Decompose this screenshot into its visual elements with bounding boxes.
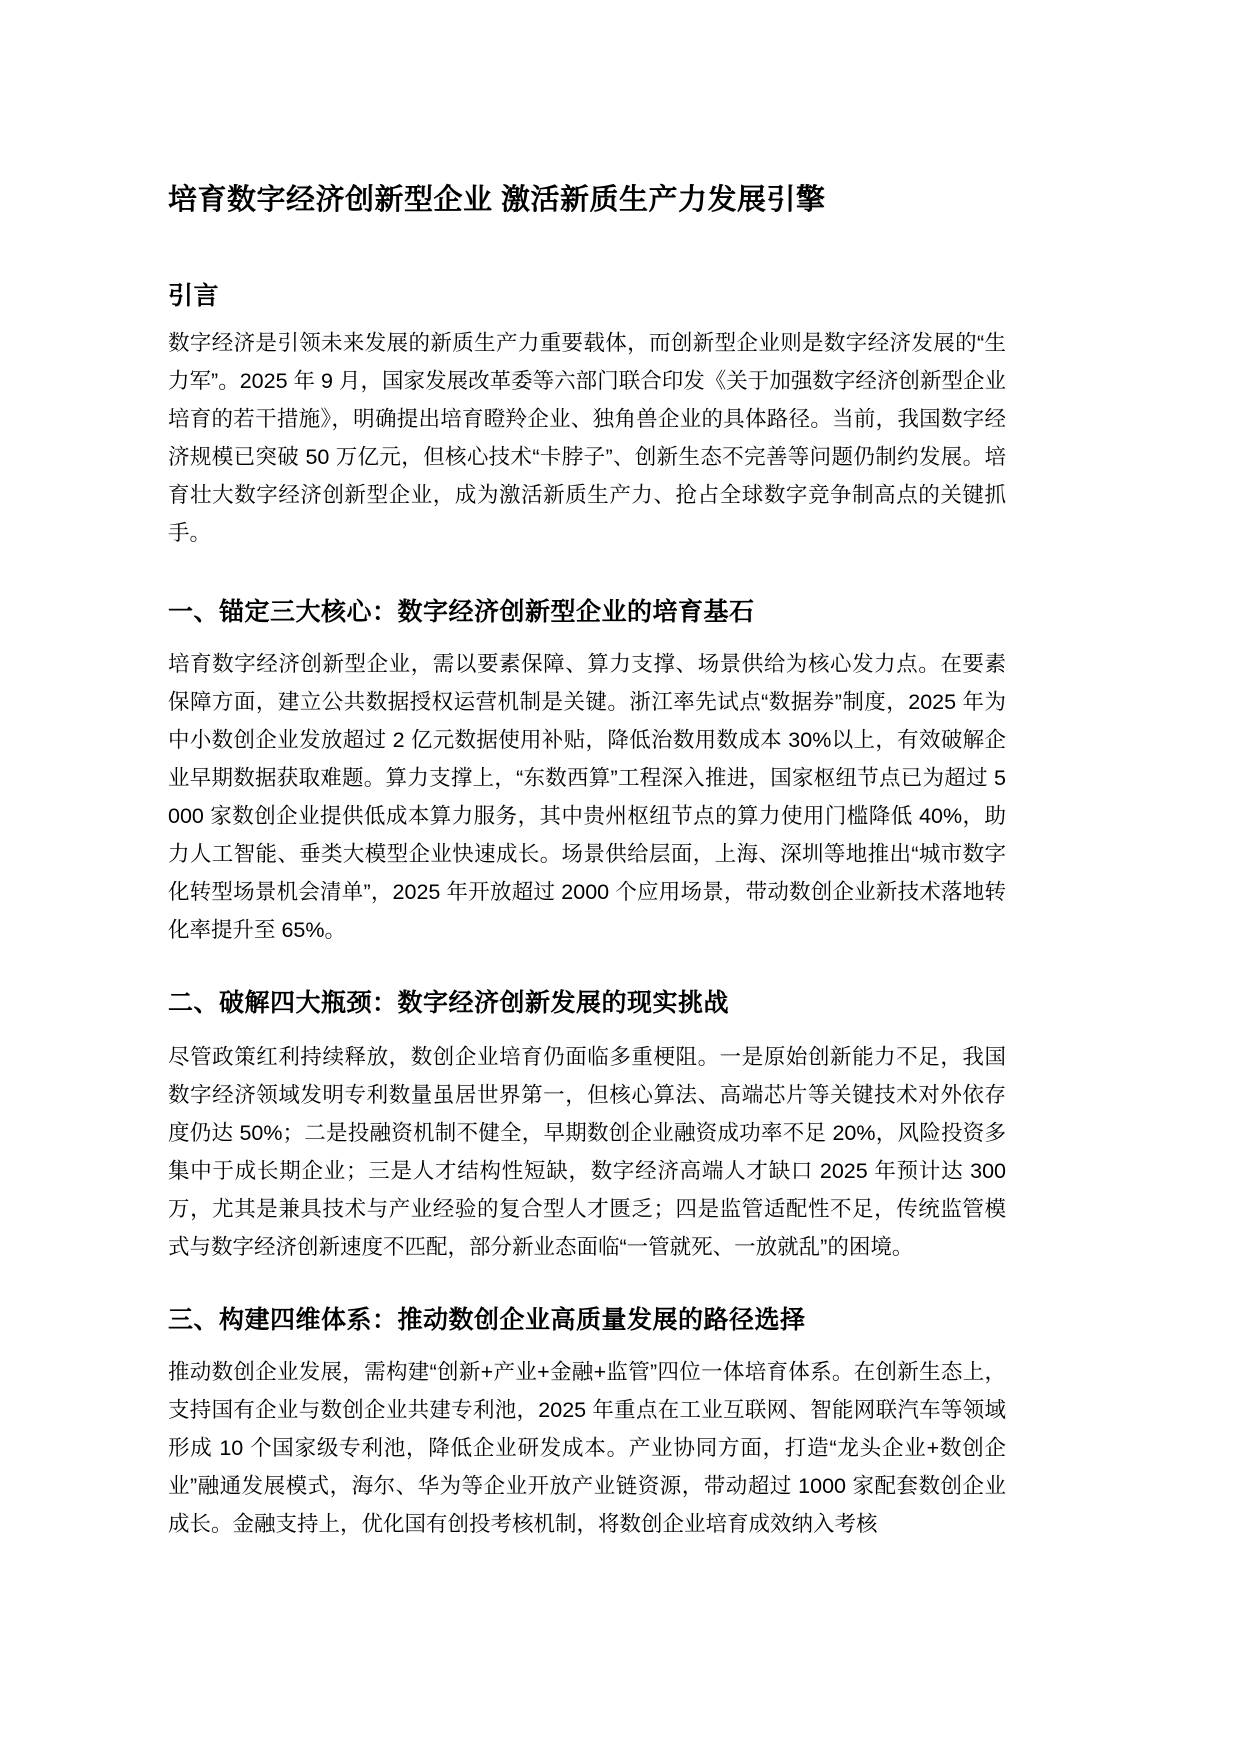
section-3-paragraph: 推动数创企业发展，需构建“创新+产业+金融+监管”四位一体培育体系。在创新生态上… [168,1353,1006,1543]
section-2-heading: 二、破解四大瓶颈：数字经济创新发展的现实挑战 [168,985,1006,1021]
section-1-heading: 一、锚定三大核心：数字经济创新型企业的培育基石 [168,594,1006,630]
section-2-paragraph: 尽管政策红利持续释放，数创企业培育仍面临多重梗阻。一是原始创新能力不足，我国数字… [168,1038,1006,1266]
document-page: 培育数字经济创新型企业 激活新质生产力发展引擎 引言 数字经济是引领未来发展的新… [0,0,1241,1755]
intro-paragraph: 数字经济是引领未来发展的新质生产力重要载体，而创新型企业则是数字经济发展的“生力… [168,324,1006,552]
section-1-paragraph: 培育数字经济创新型企业，需以要素保障、算力支撑、场景供给为核心发力点。在要素保障… [168,645,1006,949]
document-title: 培育数字经济创新型企业 激活新质生产力发展引擎 [168,0,1006,220]
section-3-heading: 三、构建四维体系：推动数创企业高质量发展的路径选择 [168,1302,1006,1338]
intro-heading: 引言 [168,278,1006,314]
document-content: 培育数字经济创新型企业 激活新质生产力发展引擎 引言 数字经济是引领未来发展的新… [168,0,1006,1543]
